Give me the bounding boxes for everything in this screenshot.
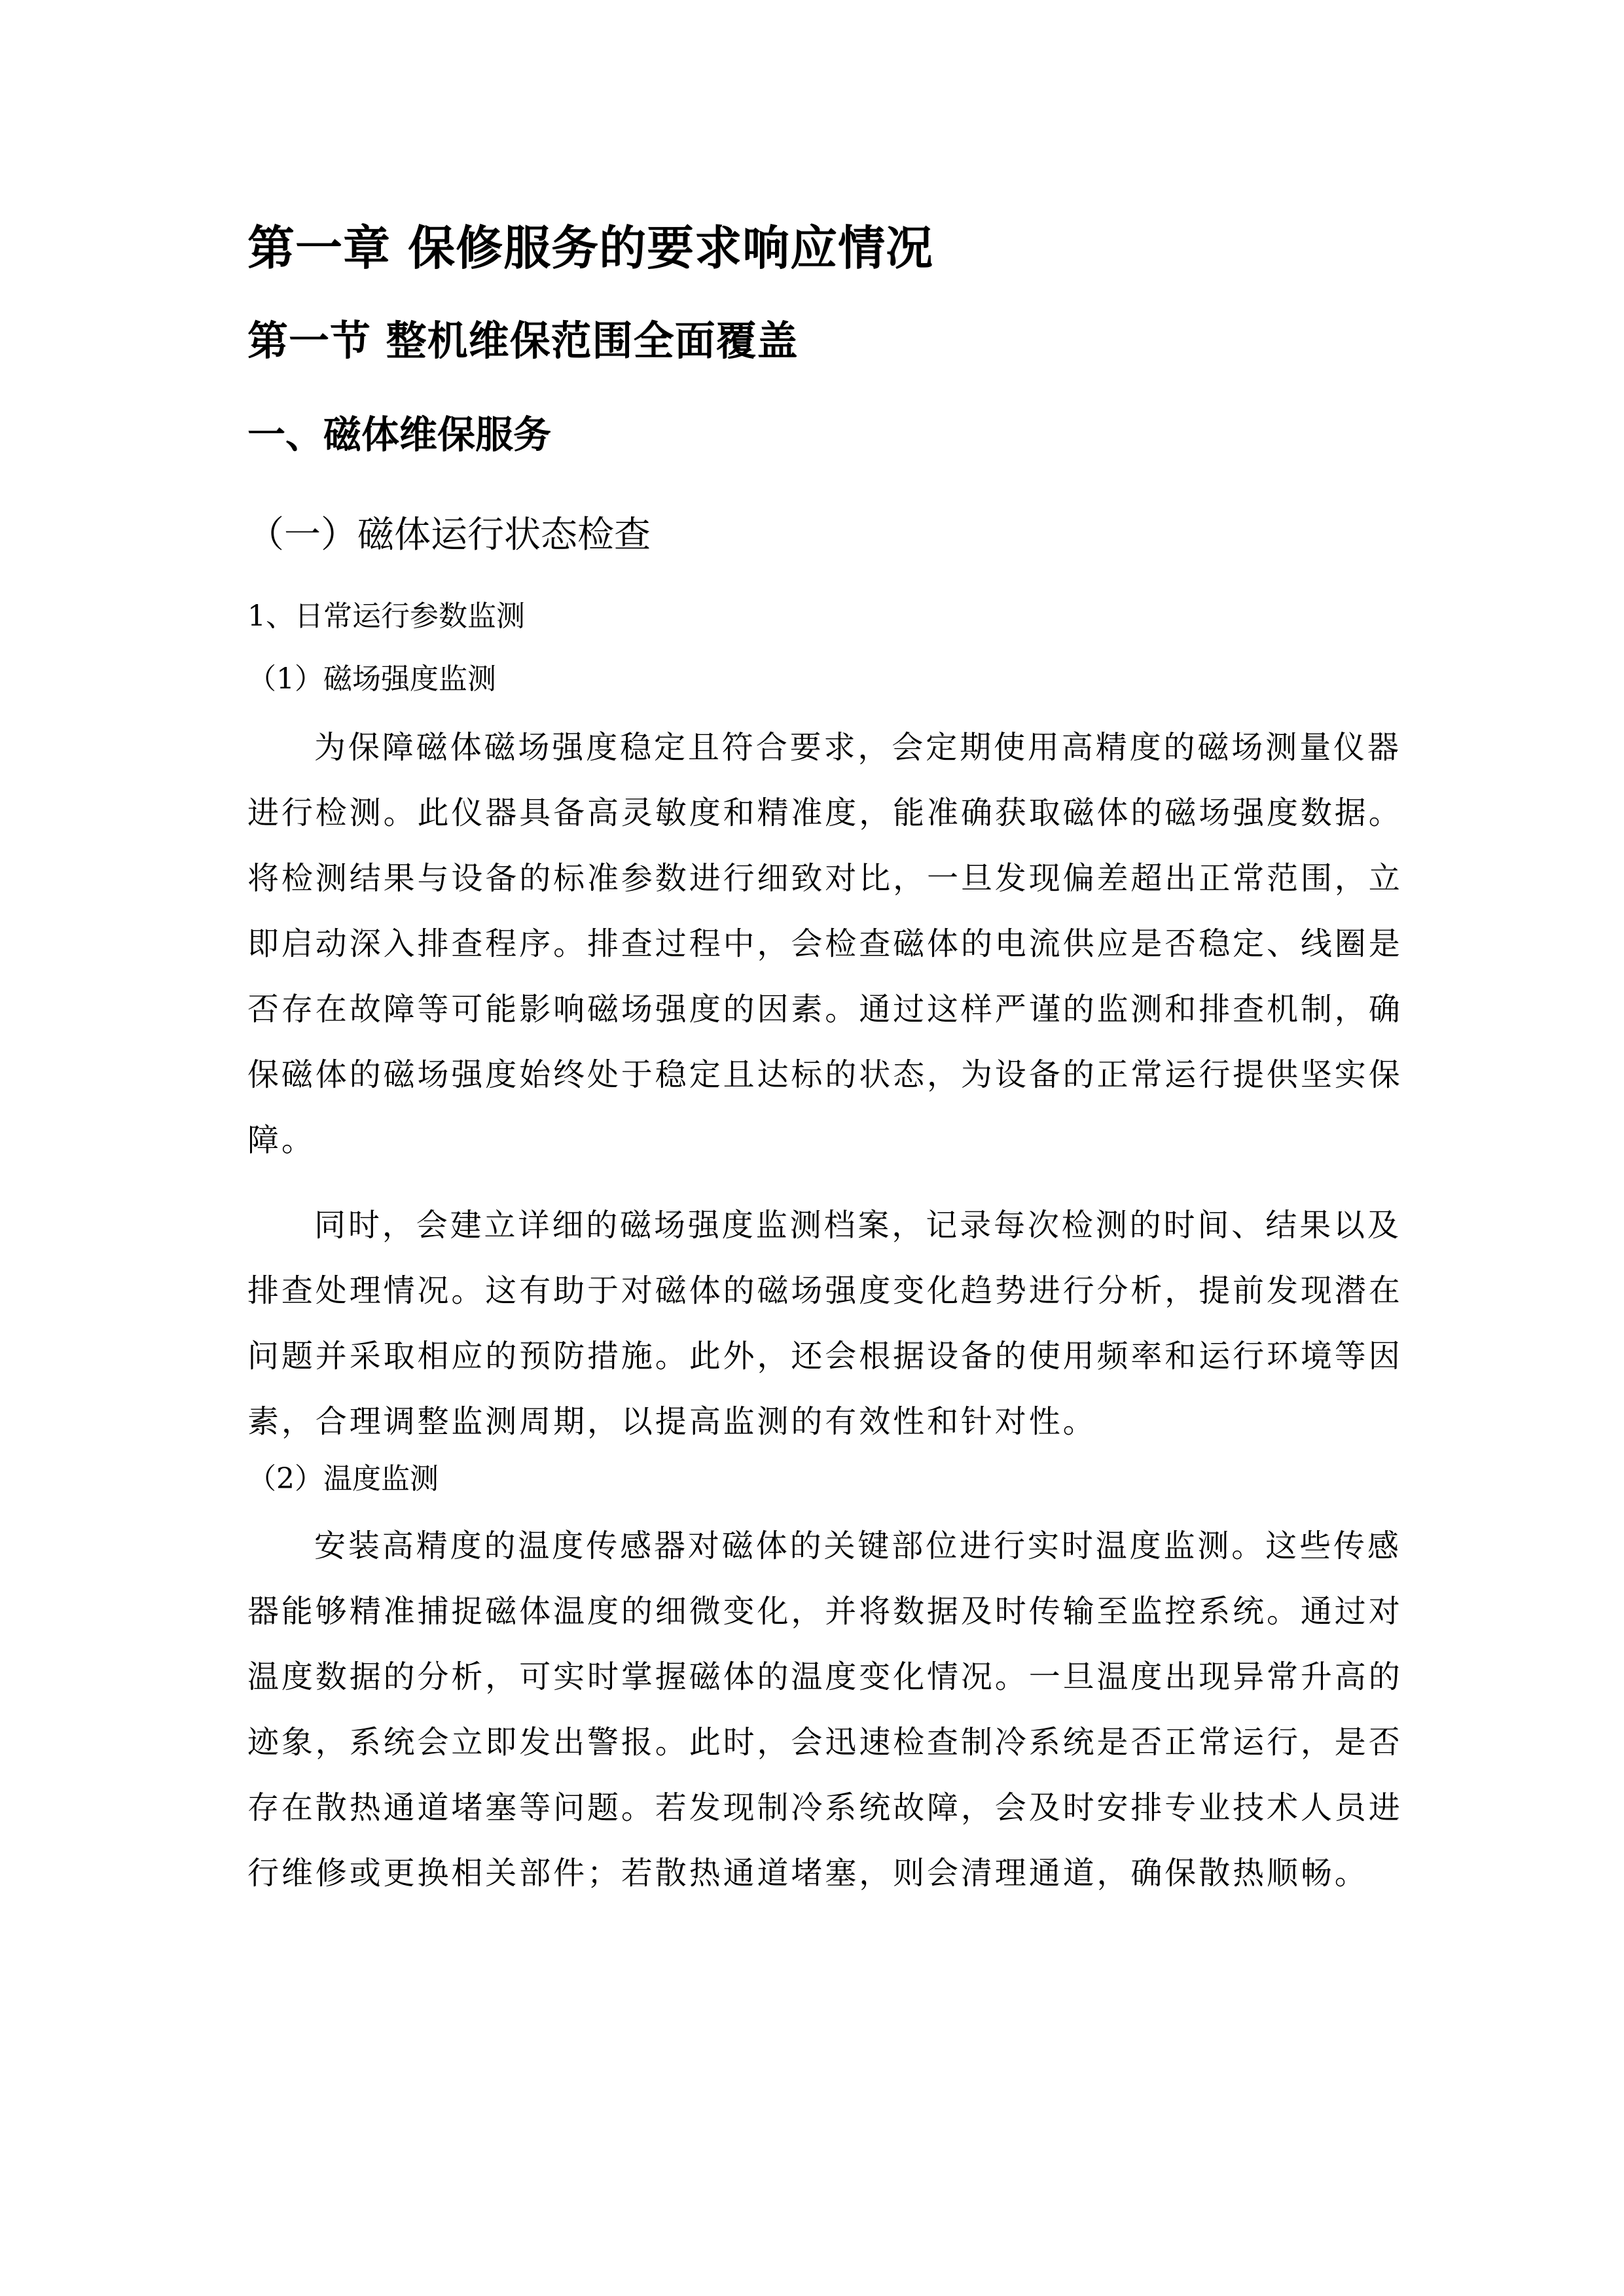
subsection-title-field-strength: （1）磁场强度监测: [247, 665, 496, 694]
paragraph-line: 即启动深入排查程序。排查过程中，会检查磁体的电流供应是否稳定、线圈是: [247, 928, 1368, 960]
paragraph-line: 问题并采取相应的预防措施。此外，还会根据设备的使用频率和运行环境等因: [247, 1340, 1368, 1372]
chapter-title: 第一章 保修服务的要求响应情况: [247, 224, 933, 272]
subsection-title-temperature: （2）温度监测: [247, 1465, 439, 1494]
paragraph-line: 将检测结果与设备的标准参数进行细致对比，一旦发现偏差超出正常范围，立: [247, 863, 1368, 894]
document-page: 第一章 保修服务的要求响应情况 第一节 整机维保范围全面覆盖 一、磁体维保服务 …: [0, 0, 1624, 2296]
paragraph-line: 素，合理调整监测周期，以提高监测的有效性和针对性。: [247, 1406, 1368, 1437]
paragraph-line: 行维修或更换相关部件；若散热通道堵塞，则会清理通道，确保散热顺畅。: [247, 1857, 1368, 1889]
paragraph-line: 器能够精准捕捉磁体温度的细微变化，并将数据及时传输至监控系统。通过对: [247, 1596, 1368, 1627]
paragraph-line: 为保障磁体磁场强度稳定且符合要求，会定期使用高精度的磁场测量仪器: [314, 732, 1368, 763]
paragraph-line: 安装高精度的温度传感器对磁体的关键部位进行实时温度监测。这些传感: [314, 1530, 1368, 1562]
section-title: 第一节 整机维保范围全面覆盖: [247, 321, 799, 361]
paragraph-line: 温度数据的分析，可实时掌握磁体的温度变化情况。一旦温度出现异常升高的: [247, 1661, 1368, 1693]
paragraph-line: 排查处理情况。这有助于对磁体的磁场强度变化趋势进行分析，提前发现潜在: [247, 1275, 1368, 1306]
paragraph-line: 迹象，系统会立即发出警报。此时，会迅速检查制冷系统是否正常运行，是否: [247, 1727, 1368, 1758]
heading-level-3: 1、日常运行参数监测: [247, 602, 525, 631]
paragraph-line: 障。: [247, 1124, 1368, 1156]
heading-level-1: 一、磁体维保服务: [247, 416, 551, 454]
paragraph-line: 进行检测。此仪器具备高灵敏度和精准度，能准确获取磁体的磁场强度数据。: [247, 797, 1368, 829]
paragraph-line: 保磁体的磁场强度始终处于稳定且达标的状态，为设备的正常运行提供坚实保: [247, 1059, 1368, 1090]
paragraph-line: 否存在故障等可能影响磁场强度的因素。通过这样严谨的监测和排查机制，确: [247, 994, 1368, 1025]
paragraph-line: 存在散热通道堵塞等问题。若发现制冷系统故障，会及时安排专业技术人员进: [247, 1792, 1368, 1823]
paragraph-line: 同时，会建立详细的磁场强度监测档案，记录每次检测的时间、结果以及: [314, 1210, 1368, 1241]
heading-level-2: （一）磁体运行状态检查: [247, 517, 651, 554]
